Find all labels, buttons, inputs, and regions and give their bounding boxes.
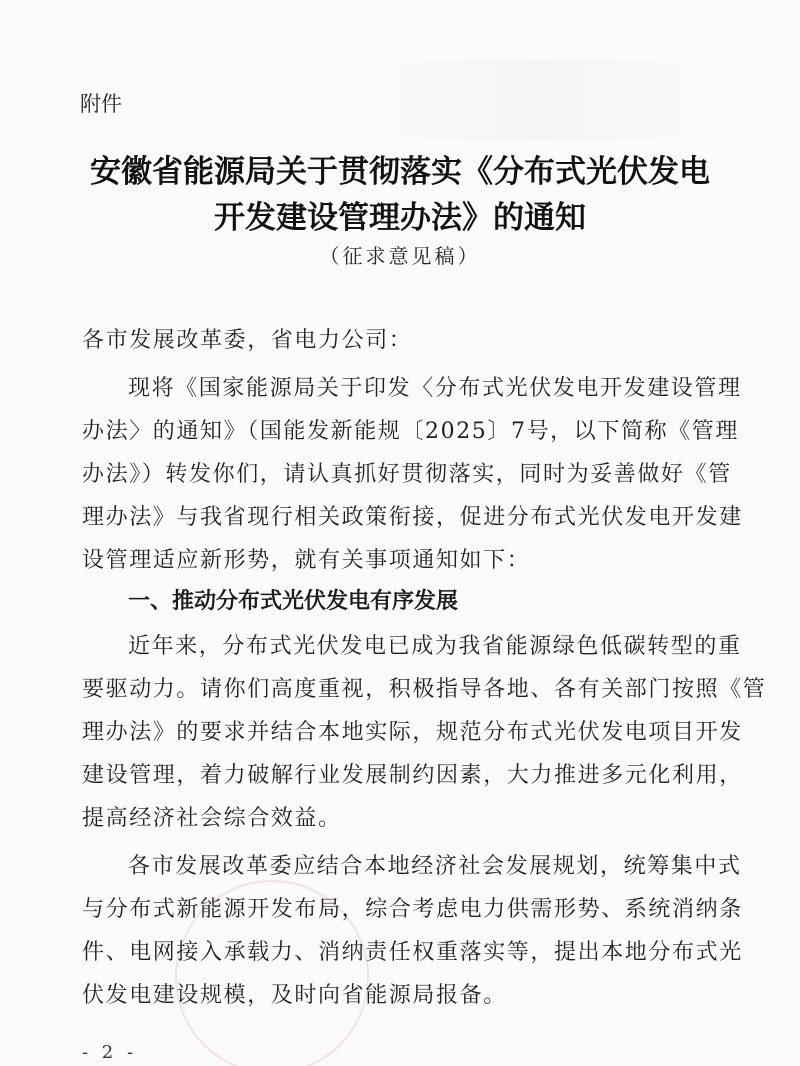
attachment-label: 附件: [80, 88, 122, 118]
paragraph-line: 近年来，分布式光伏发电已成为我省能源绿色低碳转型的重: [128, 629, 768, 660]
salutation: 各市发展改革委，省电力公司：: [82, 323, 722, 354]
document-title-line-2: 开发建设管理办法》的通知: [0, 192, 800, 237]
scan-shadow: [340, 60, 740, 140]
paragraph-line: 要驱动力。请你们高度重视，积极指导各地、各有关部门按照《管: [82, 672, 722, 703]
paragraph-line: 伏发电建设规模，及时向省能源局报备。: [82, 978, 722, 1009]
paragraph-line: 各市发展改革委应结合本地经济社会发展规划，统筹集中式: [128, 849, 768, 880]
paragraph-line: 设管理适应新形势，就有关事项通知如下：: [82, 543, 722, 574]
section-heading: 一、推动分布式光伏发电有序发展: [128, 584, 458, 615]
document-page: 附件 安徽省能源局关于贯彻落实《分布式光伏发电 开发建设管理办法》的通知 （征求…: [0, 0, 800, 1066]
paragraph-line: 办法》）转发你们，请认真抓好贯彻落实，同时为妥善做好《管: [82, 457, 722, 488]
paragraph-line: 办法〉的通知》（国能发新能规〔2025〕7号，以下简称《管理: [82, 414, 722, 445]
paragraph-line: 理办法》的要求并结合本地实际，规范分布式光伏发电项目开发: [82, 715, 722, 746]
paragraph-line: 与分布式新能源开发布局，综合考虑电力供需形势、系统消纳条: [82, 892, 722, 923]
paragraph-line: 提高经济社会综合效益。: [82, 801, 722, 832]
document-subtitle: （征求意见稿）: [0, 240, 800, 269]
paragraph-line: 件、电网接入承载力、消纳责任权重落实等，提出本地分布式光: [82, 935, 722, 966]
page-number: - 2 -: [82, 1042, 137, 1063]
paragraph-line: 理办法》与我省现行相关政策衔接，促进分布式光伏发电开发建: [82, 500, 722, 531]
document-title-line-1: 安徽省能源局关于贯彻落实《分布式光伏发电: [0, 146, 800, 191]
paragraph-line: 建设管理，着力破解行业发展制约因素，大力推进多元化利用，: [82, 758, 722, 789]
paragraph-line: 现将《国家能源局关于印发〈分布式光伏发电开发建设管理: [128, 371, 768, 402]
